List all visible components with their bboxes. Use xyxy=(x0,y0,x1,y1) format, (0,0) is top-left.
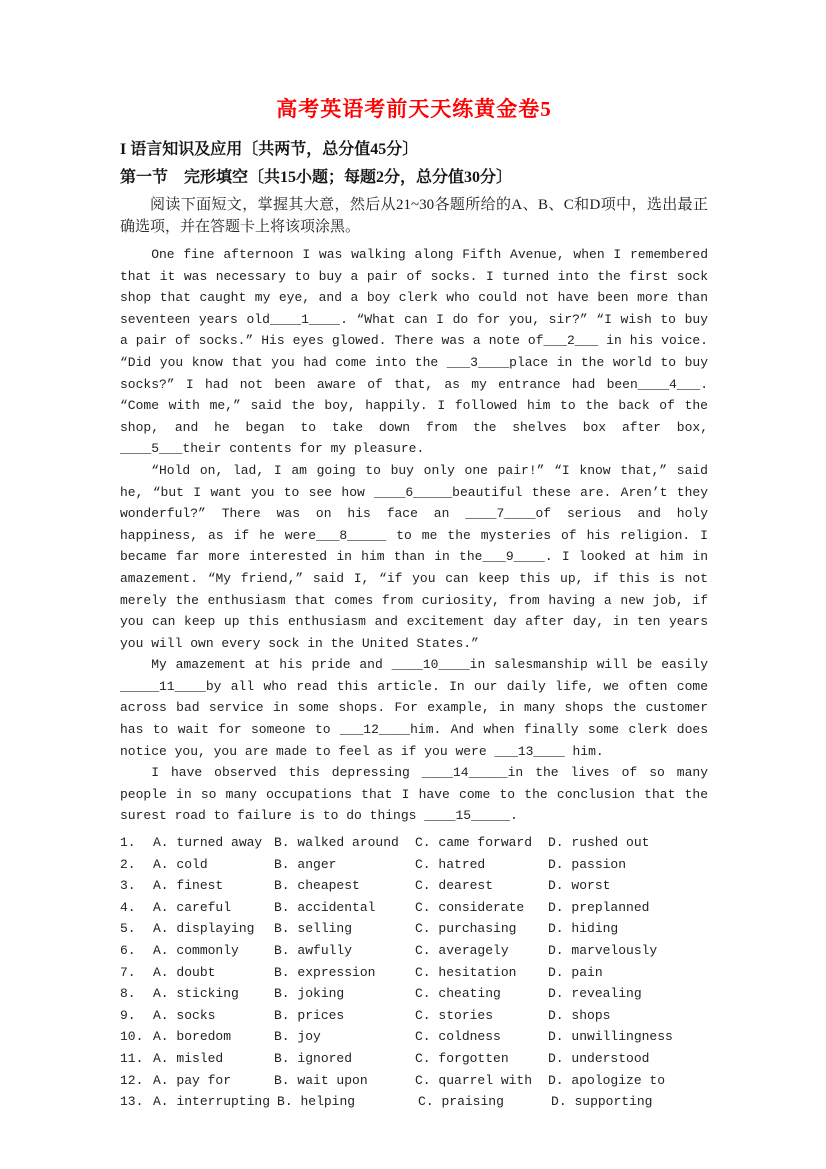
option-a-label: A. xyxy=(153,835,169,850)
option-a-label: A. xyxy=(153,878,169,893)
option-b: B. selling xyxy=(274,918,408,940)
option-d-text: shops xyxy=(571,1008,610,1023)
option-c-text: praising xyxy=(441,1094,503,1109)
option-b: B. wait upon xyxy=(274,1070,408,1092)
option-d-label: D. xyxy=(548,900,564,915)
option-c: C. hatred xyxy=(415,854,541,876)
option-d: D. marvelously xyxy=(548,940,708,962)
question-number: 7. xyxy=(120,962,146,984)
option-c-label: C. xyxy=(415,921,431,936)
option-d: D. apologize to xyxy=(548,1070,708,1092)
option-a-text: turned away xyxy=(176,835,262,850)
option-b-text: helping xyxy=(300,1094,355,1109)
option-b-label: B. xyxy=(274,1029,290,1044)
option-c: C. forgotten xyxy=(415,1048,541,1070)
option-a: A. interrupting xyxy=(153,1091,270,1113)
option-c-text: cheating xyxy=(438,986,500,1001)
option-b-text: wait upon xyxy=(297,1073,367,1088)
option-d-text: passion xyxy=(571,857,626,872)
option-a-label: A. xyxy=(153,943,169,958)
question-number: 5. xyxy=(120,918,146,940)
option-d: D. unwillingness xyxy=(548,1026,708,1048)
option-d-label: D. xyxy=(548,986,564,1001)
question-row-3: 3. A. finest B. cheapest C. dearest D. w… xyxy=(120,875,708,897)
option-b-text: cheapest xyxy=(297,878,359,893)
option-b-text: prices xyxy=(297,1008,344,1023)
option-d-text: marvelously xyxy=(571,943,657,958)
option-a-text: socks xyxy=(176,1008,215,1023)
option-d: D. shops xyxy=(548,1005,708,1027)
option-a-label: A. xyxy=(153,1029,169,1044)
question-row-4: 4. A. careful B. accidental C. considera… xyxy=(120,897,708,919)
option-c: C. coldness xyxy=(415,1026,541,1048)
question-number: 4. xyxy=(120,897,146,919)
page-content: 高考英语考前天天练黄金卷5 I 语言知识及应用〔共两节，总分值45分〕 第一节 … xyxy=(0,0,826,1113)
option-c: C. praising xyxy=(418,1091,544,1113)
option-c-label: C. xyxy=(415,943,431,958)
option-a-label: A. xyxy=(153,857,169,872)
option-c-text: coldness xyxy=(438,1029,500,1044)
question-row-12: 12. A. pay for B. wait upon C. quarrel w… xyxy=(120,1070,708,1092)
option-d: D. rushed out xyxy=(548,832,708,854)
option-b: B. awfully xyxy=(274,940,408,962)
passage-paragraph-3: My amazement at his pride and ____10____… xyxy=(120,654,708,762)
option-a-text: careful xyxy=(176,900,231,915)
question-number: 6. xyxy=(120,940,146,962)
option-c-text: came forward xyxy=(438,835,532,850)
option-b-text: anger xyxy=(297,857,336,872)
option-d-label: D. xyxy=(548,1073,564,1088)
option-a: A. turned away xyxy=(153,832,267,854)
option-a-label: A. xyxy=(153,986,169,1001)
option-d-text: apologize to xyxy=(571,1073,665,1088)
option-d: D. revealing xyxy=(548,983,708,1005)
option-a-text: sticking xyxy=(176,986,238,1001)
option-a-text: displaying xyxy=(176,921,254,936)
question-number: 3. xyxy=(120,875,146,897)
question-row-1: 1. A. turned away B. walked around C. ca… xyxy=(120,832,708,854)
option-a: A. careful xyxy=(153,897,267,919)
option-d-label: D. xyxy=(548,1051,564,1066)
option-b: B. joking xyxy=(274,983,408,1005)
option-d: D. hiding xyxy=(548,918,708,940)
option-c: C. dearest xyxy=(415,875,541,897)
option-d-text: rushed out xyxy=(571,835,649,850)
option-b-text: walked around xyxy=(297,835,398,850)
option-c-label: C. xyxy=(415,1073,431,1088)
option-b-label: B. xyxy=(274,965,290,980)
question-row-5: 5. A. displaying B. selling C. purchasin… xyxy=(120,918,708,940)
option-b-text: selling xyxy=(297,921,352,936)
option-d-text: worst xyxy=(571,878,610,893)
option-d-label: D. xyxy=(548,965,564,980)
option-c: C. considerate xyxy=(415,897,541,919)
question-row-8: 8. A. sticking B. joking C. cheating D. … xyxy=(120,983,708,1005)
option-d-label: D. xyxy=(548,943,564,958)
option-b: B. cheapest xyxy=(274,875,408,897)
option-d: D. supporting xyxy=(551,1091,708,1113)
question-row-9: 9. A. socks B. prices C. stories D. shop… xyxy=(120,1005,708,1027)
option-c-label: C. xyxy=(415,986,431,1001)
option-d-label: D. xyxy=(548,921,564,936)
question-row-6: 6. A. commonly B. awfully C. averagely D… xyxy=(120,940,708,962)
option-c: C. hesitation xyxy=(415,962,541,984)
option-a: A. doubt xyxy=(153,962,267,984)
exam-paper-page: 高考英语考前天天练黄金卷5 I 语言知识及应用〔共两节，总分值45分〕 第一节 … xyxy=(0,0,826,1169)
option-c: C. came forward xyxy=(415,832,541,854)
question-row-7: 7. A. doubt B. expression C. hesitation … xyxy=(120,962,708,984)
option-c-text: hatred xyxy=(438,857,485,872)
option-b-text: accidental xyxy=(297,900,375,915)
option-c-text: considerate xyxy=(438,900,524,915)
option-a: A. socks xyxy=(153,1005,267,1027)
option-a: A. sticking xyxy=(153,983,267,1005)
option-b: B. accidental xyxy=(274,897,408,919)
option-c-text: dearest xyxy=(438,878,493,893)
option-d-text: preplanned xyxy=(571,900,649,915)
option-b: B. joy xyxy=(274,1026,408,1048)
option-a: A. pay for xyxy=(153,1070,267,1092)
option-c-label: C. xyxy=(415,965,431,980)
section-heading: 第一节 完形填空〔共15小题；每题2分，总分值30分〕 xyxy=(120,164,708,192)
question-number: 2. xyxy=(120,854,146,876)
option-d: D. worst xyxy=(548,875,708,897)
option-b-label: B. xyxy=(274,1008,290,1023)
option-c-text: stories xyxy=(438,1008,493,1023)
question-row-11: 11. A. misled B. ignored C. forgotten D.… xyxy=(120,1048,708,1070)
cloze-passage: One fine afternoon I was walking along F… xyxy=(120,244,708,827)
question-number: 9. xyxy=(120,1005,146,1027)
option-a-text: doubt xyxy=(176,965,215,980)
option-a-label: A. xyxy=(153,1094,169,1109)
option-a-label: A. xyxy=(153,1051,169,1066)
option-b-label: B. xyxy=(274,986,290,1001)
question-number: 13. xyxy=(120,1091,146,1113)
option-c-label: C. xyxy=(418,1094,434,1109)
question-number: 12. xyxy=(120,1070,146,1092)
option-a-label: A. xyxy=(153,1008,169,1023)
option-d: D. pain xyxy=(548,962,708,984)
option-c-label: C. xyxy=(415,835,431,850)
option-b-text: joking xyxy=(297,986,344,1001)
option-c: C. purchasing xyxy=(415,918,541,940)
option-d-label: D. xyxy=(548,878,564,893)
option-b-text: awfully xyxy=(297,943,352,958)
option-a: A. commonly xyxy=(153,940,267,962)
option-c-text: quarrel with xyxy=(438,1073,532,1088)
option-a: A. displaying xyxy=(153,918,267,940)
option-a-label: A. xyxy=(153,921,169,936)
option-b-label: B. xyxy=(274,900,290,915)
option-c-label: C. xyxy=(415,857,431,872)
option-b: B. prices xyxy=(274,1005,408,1027)
option-b: B. helping xyxy=(277,1091,411,1113)
option-b-text: ignored xyxy=(297,1051,352,1066)
page-title: 高考英语考前天天练黄金卷5 xyxy=(120,96,708,122)
option-a-label: A. xyxy=(153,900,169,915)
part-heading: I 语言知识及应用〔共两节，总分值45分〕 xyxy=(120,136,708,164)
option-d: D. preplanned xyxy=(548,897,708,919)
option-a-text: finest xyxy=(176,878,223,893)
option-b: B. ignored xyxy=(274,1048,408,1070)
option-b-label: B. xyxy=(274,857,290,872)
question-number: 8. xyxy=(120,983,146,1005)
option-d-text: hiding xyxy=(571,921,618,936)
option-c-label: C. xyxy=(415,1051,431,1066)
option-b-label: B. xyxy=(274,835,290,850)
question-row-2: 2. A. cold B. anger C. hatred D. passion xyxy=(120,854,708,876)
option-b: B. walked around xyxy=(274,832,408,854)
question-row-13: 13. A. interrupting B. helping C. praisi… xyxy=(120,1091,708,1113)
passage-paragraph-4: I have observed this depressing ____14__… xyxy=(120,762,708,827)
option-c-text: averagely xyxy=(438,943,508,958)
option-d-text: supporting xyxy=(574,1094,652,1109)
option-b-label: B. xyxy=(274,878,290,893)
option-d-label: D. xyxy=(548,835,564,850)
option-d-label: D. xyxy=(548,1008,564,1023)
option-a-label: A. xyxy=(153,1073,169,1088)
option-c: C. cheating xyxy=(415,983,541,1005)
question-list: 1. A. turned away B. walked around C. ca… xyxy=(120,832,708,1113)
option-d-text: unwillingness xyxy=(571,1029,672,1044)
option-c: C. averagely xyxy=(415,940,541,962)
option-a-text: pay for xyxy=(176,1073,231,1088)
option-b: B. expression xyxy=(274,962,408,984)
option-c-label: C. xyxy=(415,1008,431,1023)
option-c-label: C. xyxy=(415,1029,431,1044)
option-b-label: B. xyxy=(274,1051,290,1066)
option-b-label: B. xyxy=(274,921,290,936)
option-b-label: B. xyxy=(277,1094,293,1109)
option-a-text: cold xyxy=(176,857,207,872)
instructions-text: 阅读下面短文，掌握其大意，然后从21~30各题所给的A、B、C和D项中，选出最正… xyxy=(120,194,708,238)
option-d-label: D. xyxy=(548,857,564,872)
option-a-text: interrupting xyxy=(176,1094,270,1109)
option-d: D. understood xyxy=(548,1048,708,1070)
question-number: 10. xyxy=(120,1026,146,1048)
passage-paragraph-2: “Hold on, lad, I am going to buy only on… xyxy=(120,460,708,654)
option-c-text: hesitation xyxy=(438,965,516,980)
option-a-text: commonly xyxy=(176,943,238,958)
option-c-text: purchasing xyxy=(438,921,516,936)
passage-paragraph-1: One fine afternoon I was walking along F… xyxy=(120,244,708,460)
option-d-text: understood xyxy=(571,1051,649,1066)
question-number: 11. xyxy=(120,1048,146,1070)
option-a: A. finest xyxy=(153,875,267,897)
option-d: D. passion xyxy=(548,854,708,876)
question-number: 1. xyxy=(120,832,146,854)
option-d-label: D. xyxy=(548,1029,564,1044)
option-c-label: C. xyxy=(415,878,431,893)
option-a-text: misled xyxy=(176,1051,223,1066)
option-c-text: forgotten xyxy=(438,1051,508,1066)
option-a: A. boredom xyxy=(153,1026,267,1048)
option-a-label: A. xyxy=(153,965,169,980)
option-a: A. cold xyxy=(153,854,267,876)
question-row-10: 10. A. boredom B. joy C. coldness D. unw… xyxy=(120,1026,708,1048)
option-b-label: B. xyxy=(274,1073,290,1088)
option-d-text: revealing xyxy=(571,986,641,1001)
option-c-label: C. xyxy=(415,900,431,915)
option-a-text: boredom xyxy=(176,1029,231,1044)
option-a: A. misled xyxy=(153,1048,267,1070)
option-b-text: joy xyxy=(297,1029,320,1044)
option-b-text: expression xyxy=(297,965,375,980)
option-b-label: B. xyxy=(274,943,290,958)
option-c: C. quarrel with xyxy=(415,1070,541,1092)
option-d-text: pain xyxy=(571,965,602,980)
option-b: B. anger xyxy=(274,854,408,876)
option-c: C. stories xyxy=(415,1005,541,1027)
option-d-label: D. xyxy=(551,1094,567,1109)
